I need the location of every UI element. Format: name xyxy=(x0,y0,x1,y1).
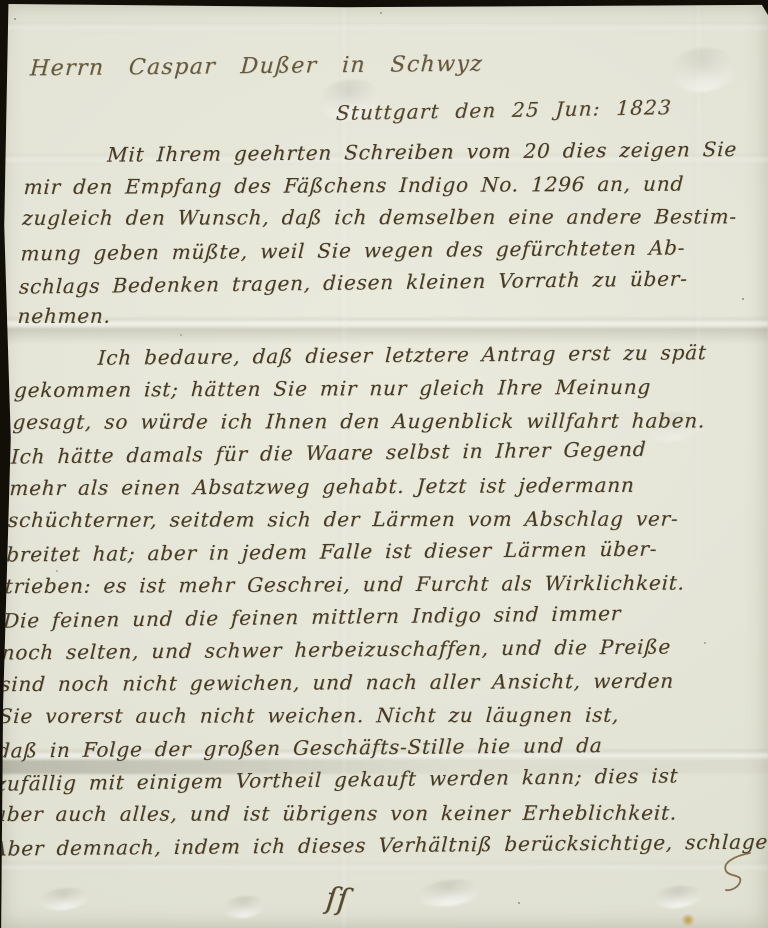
letter-line: schüchterner, seitdem sich der Lärmen vo… xyxy=(7,502,743,536)
letter-line: Ich bedaure, daß dieser letztere Antrag … xyxy=(15,336,751,375)
paper-stain xyxy=(680,914,696,926)
flourish-mark xyxy=(716,850,756,896)
scan-background: Herrn Caspar Dußer in Schwyz Stuttgart d… xyxy=(0,0,768,928)
dateline: Stuttgart den 25 Jun: 1823 xyxy=(335,95,672,125)
emboss-dent xyxy=(666,44,741,96)
emboss-dent xyxy=(651,883,705,911)
recipient-line: Herrn Caspar Dußer in Schwyz xyxy=(29,52,484,82)
ink-specks xyxy=(0,4,2,6)
emboss-dent xyxy=(415,876,484,910)
letter-line: nehmen. xyxy=(17,299,753,333)
letter-line: aber auch alles, und ist übrigens von ke… xyxy=(0,796,729,830)
letter-line: sind noch nicht gewichen, und nach aller… xyxy=(0,664,735,701)
letter-paper: Herrn Caspar Dußer in Schwyz Stuttgart d… xyxy=(0,4,768,928)
fold-crease-horizontal xyxy=(0,22,768,32)
letter-line: Aber demnach, indem ich dieses Verhältni… xyxy=(0,826,727,865)
emboss-dent xyxy=(221,893,267,920)
letter-line: zugleich den Wunsch, daß ich demselben e… xyxy=(21,201,757,235)
letter-line: mir den Empfang des Fäßchens Indigo No. … xyxy=(23,167,759,204)
letter-line: Mit Ihrem geehrten Schreiben vom 20 dies… xyxy=(24,133,760,172)
letter-line: noch selten, und schwer herbeizuschaffen… xyxy=(1,630,737,669)
letter-line: Sie vorerst auch nicht weichen. Nicht zu… xyxy=(0,698,733,732)
letter-body: Mit Ihrem geehrten Schreiben vom 20 dies… xyxy=(0,134,760,864)
letter-line: gekommen ist; hätten Sie mir nur gleich … xyxy=(13,370,749,407)
letter-line: breitet hat; aber in jedem Falle ist die… xyxy=(6,532,742,571)
emboss-dent xyxy=(37,885,91,913)
letter-line: mehr als einen Absatzweg gehabt. Jetzt i… xyxy=(9,468,745,505)
page-mark: ſſ xyxy=(324,881,350,918)
